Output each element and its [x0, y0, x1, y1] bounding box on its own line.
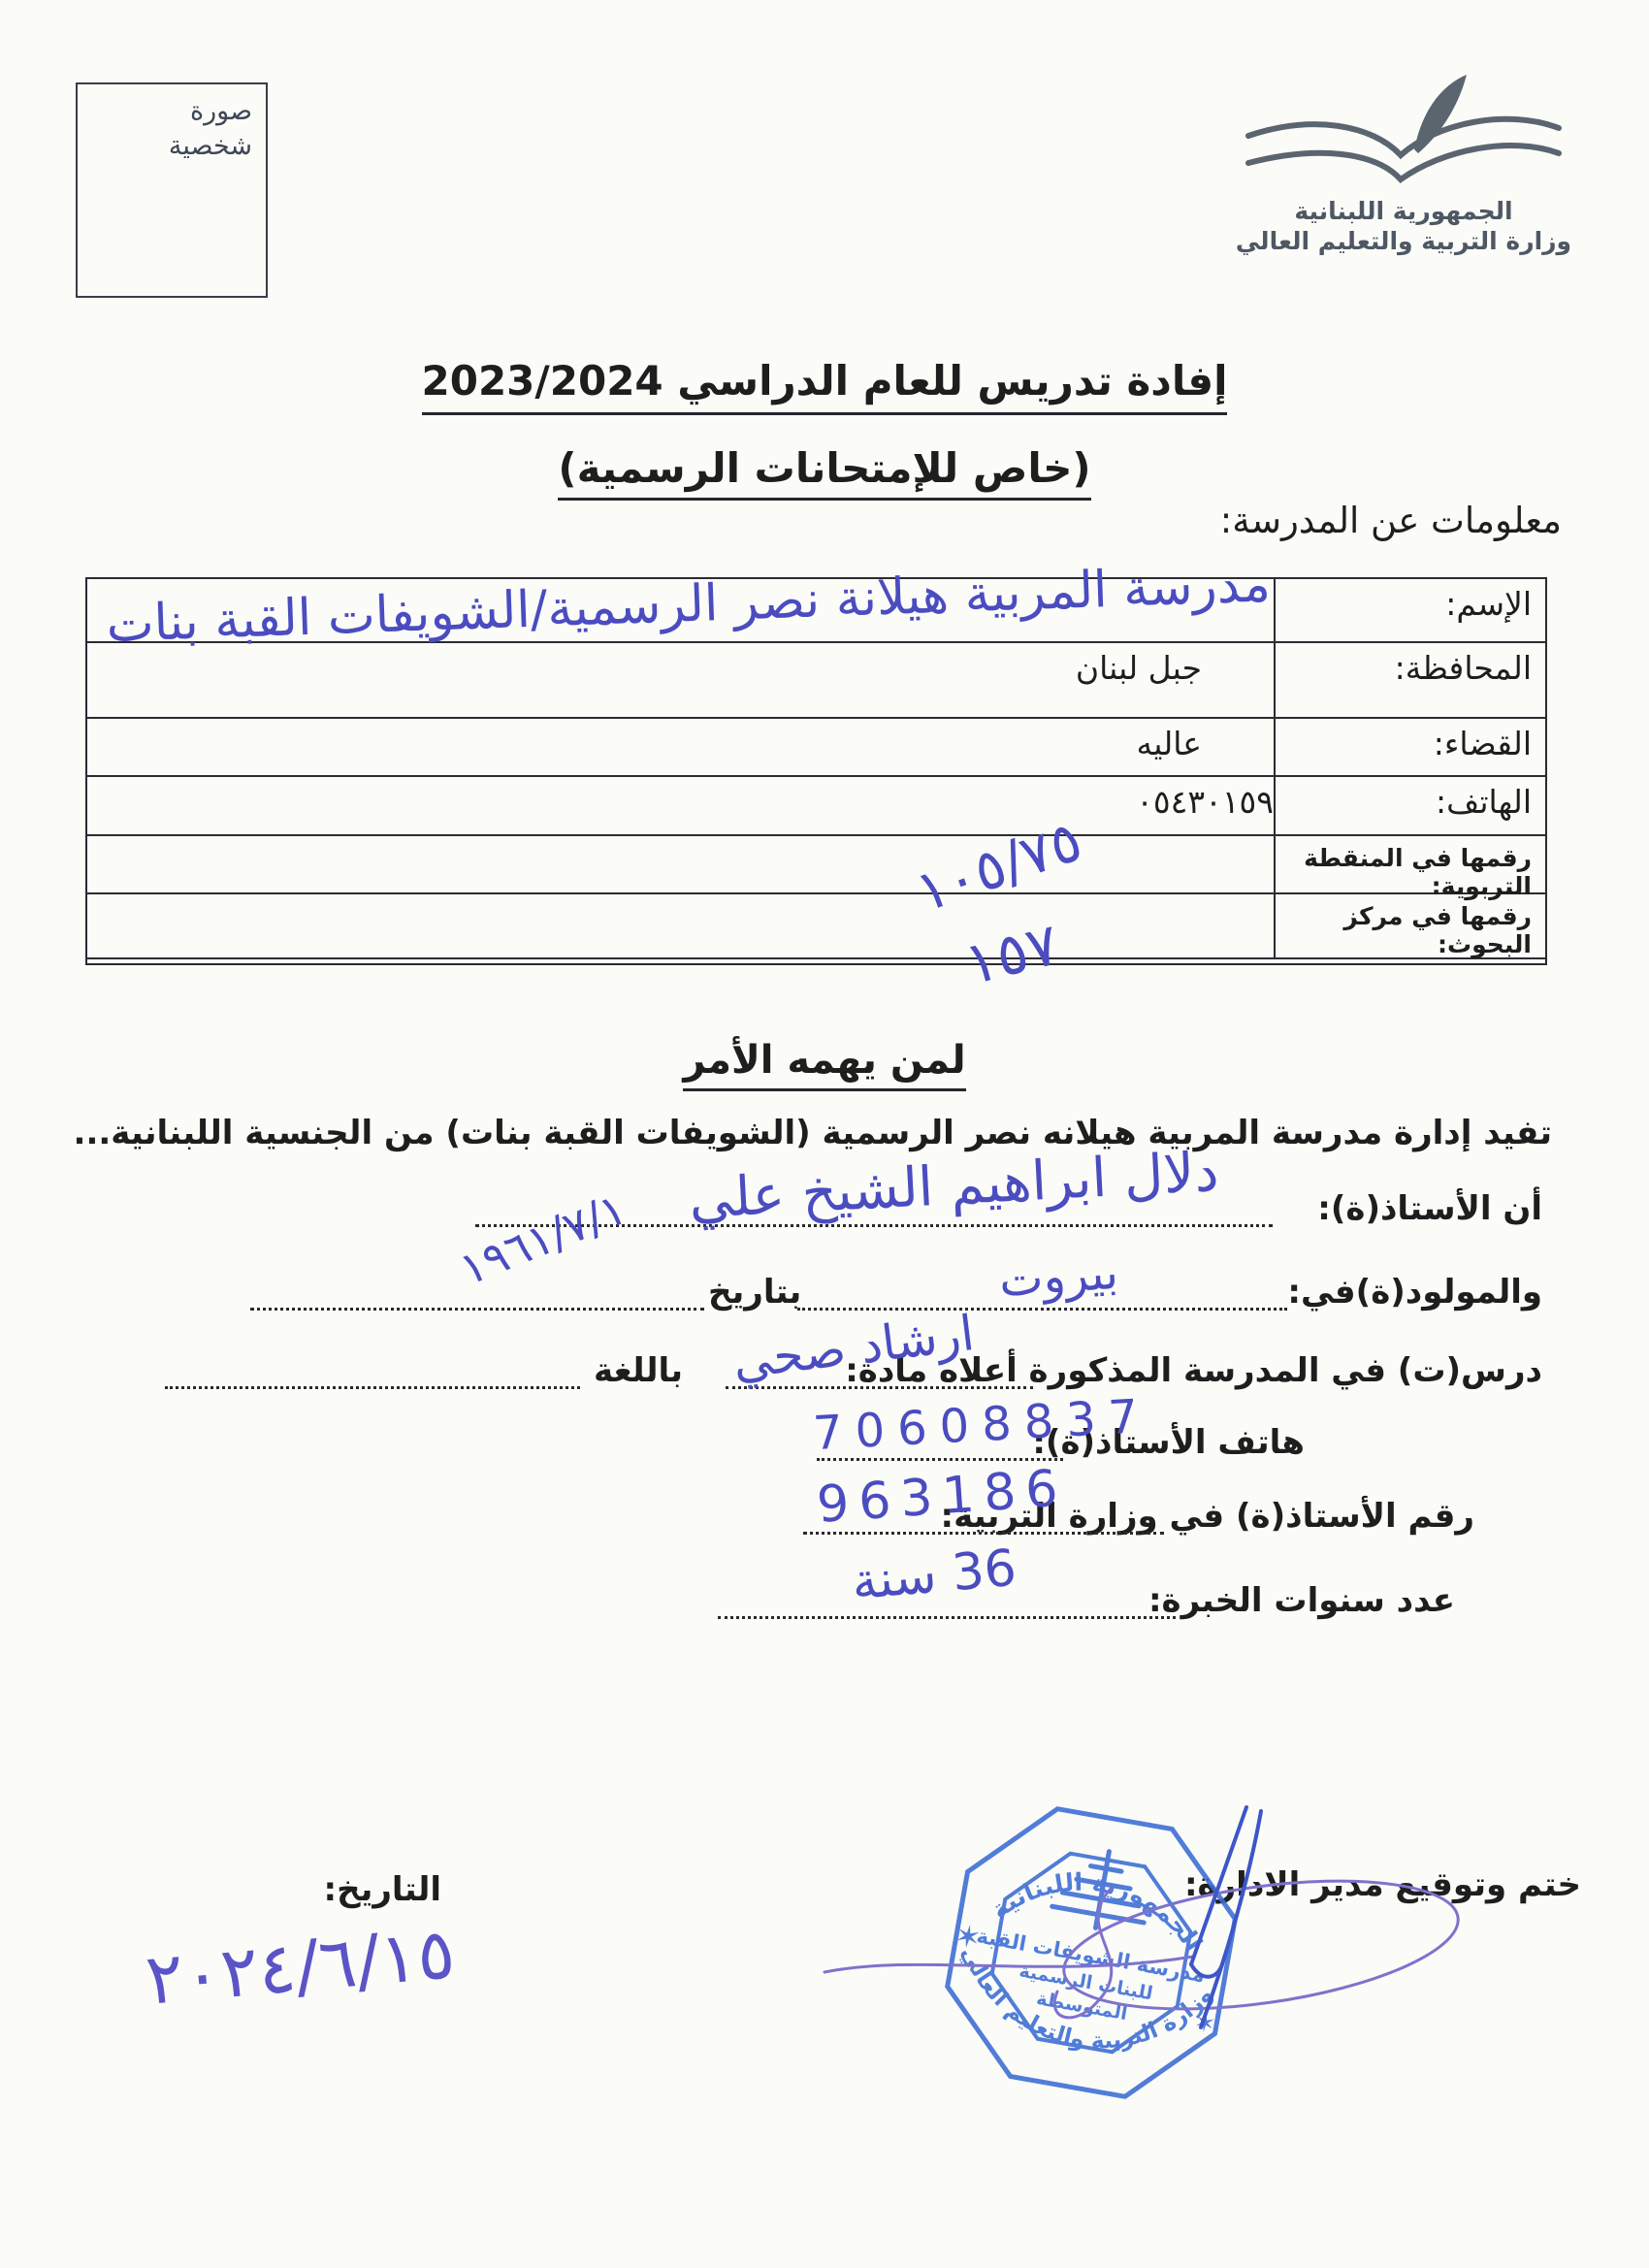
quill-icon [1414, 75, 1467, 153]
row-value-zone-number [87, 836, 1274, 900]
handwritten-date: ٢٠٢٤/٦/١٥ [143, 1912, 458, 2021]
born-label: والمولود(ة)في: [1287, 1273, 1542, 1312]
photo-placeholder-box: صورة شخصية [76, 82, 268, 298]
photo-box-label-line1: صورة [91, 94, 252, 129]
date-label: التاريخ: [323, 1870, 441, 1909]
to-whom-heading: لمن يهمه الأمر [683, 1038, 965, 1091]
row-value-district: عاليه [87, 719, 1274, 775]
logo-ministry-text: وزارة التربية والتعليم العالي [1234, 227, 1573, 255]
row-label-research-number: رقمها في مركز البحوث: [1274, 894, 1545, 958]
row-value-phone: ٠٥٤٣٠١٥٩ [87, 777, 1274, 834]
row-value-research-number [87, 894, 1274, 958]
row-label-zone-number: رقمها في المنقطة التربوية: [1274, 836, 1545, 900]
logo-republic-text: الجمهورية اللبنانية [1234, 197, 1573, 225]
teacher-label: أن الأستاذ(ة): [1317, 1189, 1542, 1228]
table-row-zone-number: رقمها في المنقطة التربوية: [87, 836, 1545, 894]
row-label-name: الإسم: [1274, 579, 1545, 641]
director-signature [805, 1799, 1600, 2090]
table-row-phone: الهاتف: ٠٥٤٣٠١٥٩ [87, 777, 1545, 836]
row-label-governorate: المحافظة: [1274, 643, 1545, 717]
dotted-line-language [165, 1355, 580, 1389]
birthdate-label: بتاريخ [708, 1273, 801, 1312]
intro-line: تفيد إدارة مدرسة المربية هيلانه نصر الرس… [74, 1114, 1552, 1152]
table-row-research-number: رقمها في مركز البحوث: [87, 894, 1545, 959]
school-info-table: الإسم: المحافظة: جبل لبنان القضاء: عاليه… [85, 577, 1547, 965]
row-value-governorate: جبل لبنان [87, 643, 1274, 717]
scanned-form-page: صورة شخصية الجمهورية اللبنانية وزارة الت… [0, 0, 1649, 2268]
ministry-logo: الجمهورية اللبنانية وزارة التربية والتعل… [1234, 70, 1573, 255]
table-row-district: القضاء: عاليه [87, 719, 1545, 777]
document-subtitle: (خاص للإمتحانات الرسمية) [558, 444, 1090, 501]
open-book-icon [1234, 70, 1573, 191]
photo-box-label-line2: شخصية [91, 129, 252, 164]
row-label-phone: الهاتف: [1274, 777, 1545, 834]
handwritten-birthplace: بيروت [997, 1246, 1119, 1308]
experience-label: عدد سنوات الخبرة: [1148, 1581, 1455, 1620]
row-label-district: القضاء: [1274, 719, 1545, 775]
school-info-heading: معلومات عن المدرسة: [1220, 500, 1562, 541]
table-row-governorate: المحافظة: جبل لبنان [87, 643, 1545, 719]
document-title: إفادة تدريس للعام الدراسي 2023/2024 [422, 357, 1228, 415]
language-label: باللغة [594, 1351, 683, 1390]
